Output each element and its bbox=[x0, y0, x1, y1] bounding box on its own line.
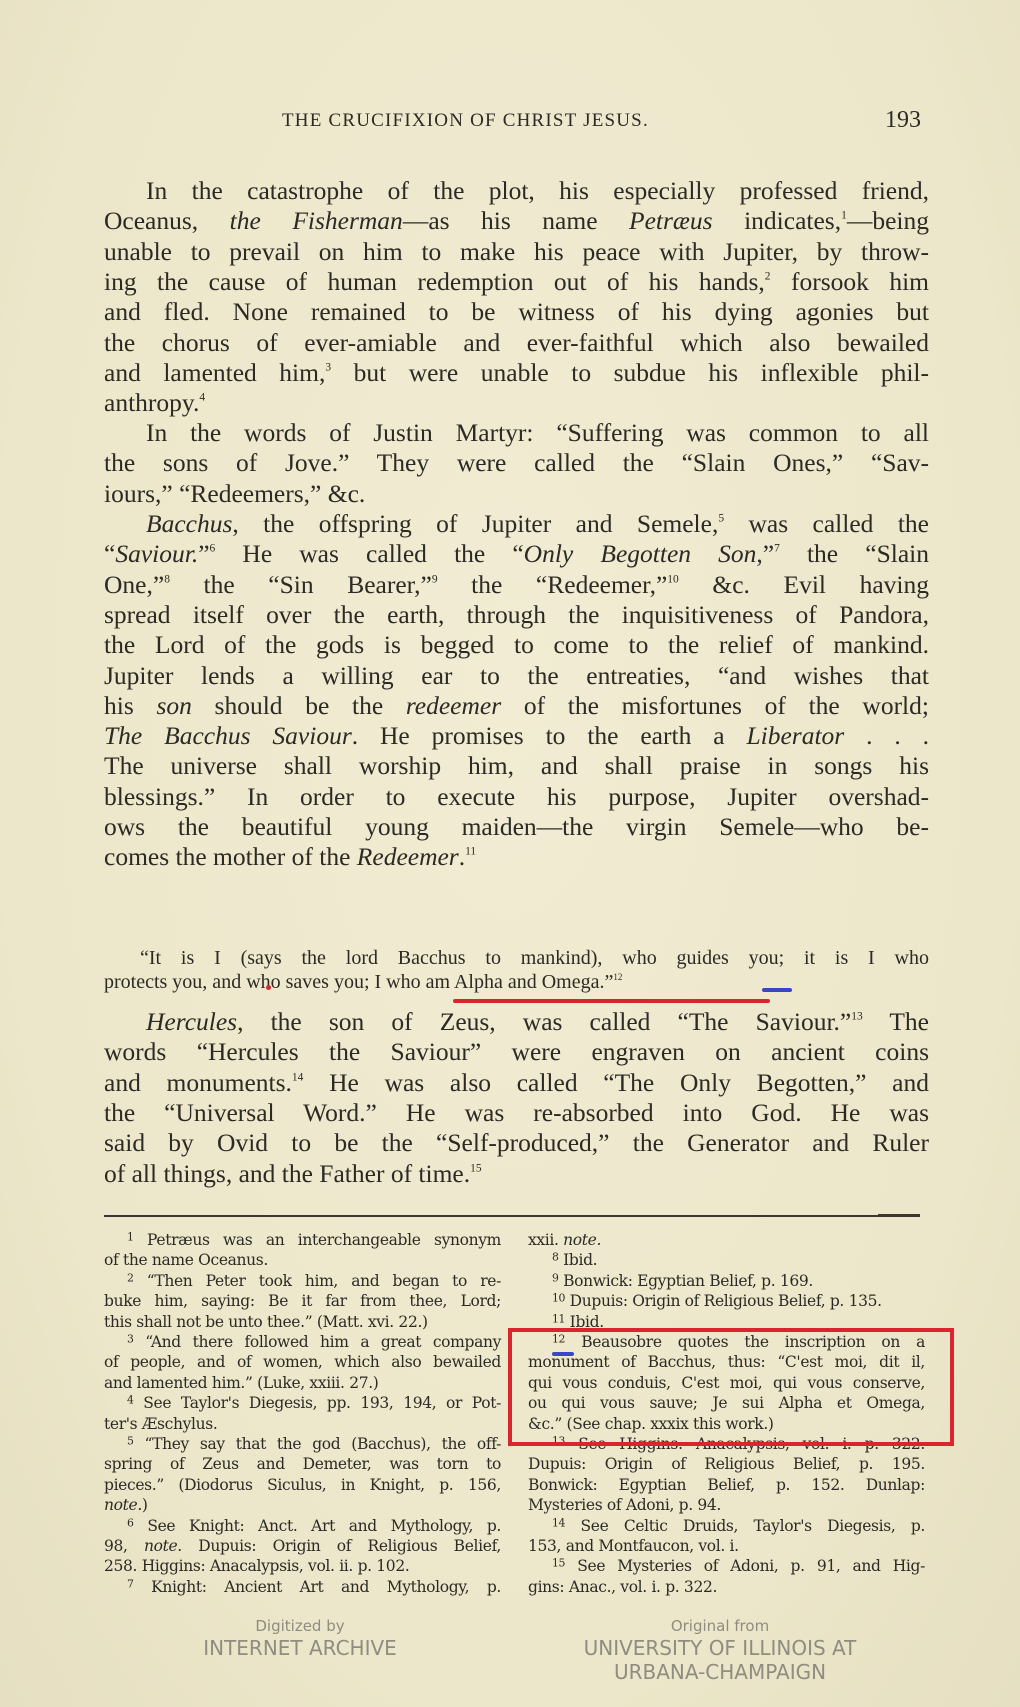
paragraph-line: In the words of Justin Martyr: “Sufferin… bbox=[146, 418, 929, 448]
footnote-line: xxii. note. bbox=[528, 1230, 925, 1251]
footnote-line: of the name Oceanus. bbox=[104, 1250, 501, 1271]
footnote-12-highlight-box bbox=[508, 1328, 954, 1446]
footnote-line: spring of Zeus and Demeter, was torn to bbox=[104, 1454, 501, 1475]
paragraph-line: of all things, and the Father of time.15 bbox=[104, 1159, 929, 1189]
footnote-separator bbox=[104, 1215, 919, 1217]
paragraph-line: Bacchus, the offspring of Jupiter and Se… bbox=[146, 509, 929, 539]
footnote-line: 6 See Knight: Anct. Art and Mythology, p… bbox=[127, 1516, 501, 1537]
paragraph-line: the chorus of ever-amiable and ever-fait… bbox=[104, 328, 929, 358]
footnote-line: 3 “And there followed him a great compan… bbox=[127, 1332, 501, 1353]
paragraph-line: The universe shall worship him, and shal… bbox=[104, 751, 929, 781]
footnote-line: 5 “They say that the god (Bacchus), the … bbox=[127, 1434, 501, 1455]
footnote-line: this shall not be unto thee.” (Matt. xvi… bbox=[104, 1312, 501, 1333]
paragraph-line: words “Hercules the Saviour” were engrav… bbox=[104, 1037, 929, 1067]
paragraph-line: the “Universal Word.” He was re-absorbed… bbox=[104, 1098, 929, 1128]
footnote-line: and lamented him.” (Luke, xxiii. 27.) bbox=[104, 1373, 501, 1394]
paragraph-line: spread itself over the earth, through th… bbox=[104, 600, 929, 630]
footnote-line: 153, and Montfaucon, vol. i. bbox=[528, 1536, 925, 1557]
red-dot-annotation bbox=[266, 985, 271, 990]
footnote-line: 10 Dupuis: Origin of Religious Belief, p… bbox=[552, 1291, 925, 1312]
paragraph-line: Hercules, the son of Zeus, was called “T… bbox=[146, 1007, 929, 1037]
block-quote-line: “It is I (says the lord Bacchus to manki… bbox=[140, 946, 929, 970]
paragraph-line: comes the mother of the Redeemer.11 bbox=[104, 842, 929, 872]
paragraph-line: Oceanus, the Fisherman—as his name Petræ… bbox=[104, 206, 929, 236]
paragraph-line: anthropy.4 bbox=[104, 388, 929, 418]
paragraph-line: and fled. None remained to be witness of… bbox=[104, 297, 929, 327]
page-number: 193 bbox=[885, 107, 921, 134]
footnote-separator-end bbox=[878, 1214, 920, 1217]
footnote-12-blue-underline bbox=[552, 1352, 574, 1356]
paragraph-line: The Bacchus Saviour. He promises to the … bbox=[104, 721, 929, 751]
paragraph-line: “Saviour.”6 He was called the “Only Bego… bbox=[104, 539, 929, 569]
paragraph-line: In the catastrophe of the plot, his espe… bbox=[146, 176, 929, 206]
paragraph-line: One,”8 the “Sin Bearer,”9 the “Redeemer,… bbox=[104, 570, 929, 600]
paragraph-line: and monuments.14 He was also called “The… bbox=[104, 1068, 929, 1098]
paragraph-line: his son should be the redeemer of the mi… bbox=[104, 691, 929, 721]
footnote-line: 1 Petræus was an interchangeable synonym bbox=[127, 1230, 501, 1251]
paragraph-line: ing the cause of human redemption out of… bbox=[104, 267, 929, 297]
footnote-line: 7 Knight: Ancient Art and Mythology, p. bbox=[127, 1577, 501, 1598]
university-label-2: URBANA-CHAMPAIGN bbox=[560, 1660, 880, 1684]
university-label-1: UNIVERSITY OF ILLINOIS AT bbox=[560, 1636, 880, 1660]
footnote-line: of people, and of women, which also bewa… bbox=[104, 1352, 501, 1373]
internet-archive-label: INTERNET ARCHIVE bbox=[180, 1636, 420, 1660]
paragraph-line: ows the beautiful young maiden—the virgi… bbox=[104, 812, 929, 842]
footnote-line: 14 See Celtic Druids, Taylor's Diegesis,… bbox=[552, 1516, 925, 1537]
book-page: THE CRUCIFIXION OF CHRIST JESUS. 193 In … bbox=[0, 0, 1020, 1707]
footnote-line: Dupuis: Origin of Religious Belief, p. 1… bbox=[528, 1454, 925, 1475]
blue-underline-annotation bbox=[762, 988, 792, 992]
paragraph-line: and lamented him,3 but were unable to su… bbox=[104, 358, 929, 388]
footnote-line: pieces.” (Diodorus Siculus, in Knight, p… bbox=[104, 1475, 501, 1496]
footnote-line: 2 “Then Peter took him, and began to re- bbox=[127, 1271, 501, 1292]
paragraph-line: the Lord of the gods is begged to come t… bbox=[104, 630, 929, 660]
paragraph-line: Jupiter lends a willing ear to the entre… bbox=[104, 661, 929, 691]
footnote-line: ter's Æschylus. bbox=[104, 1414, 501, 1435]
paragraph-line: said by Ovid to be the “Self-produced,” … bbox=[104, 1128, 929, 1158]
footnote-line: Bonwick: Egyptian Belief, p. 152. Dunlap… bbox=[528, 1475, 925, 1496]
footnote-line: 8 Ibid. bbox=[552, 1250, 925, 1271]
paragraph-line: blessings.” In order to execute his purp… bbox=[104, 782, 929, 812]
block-quote-line: protects you, and who saves you; I who a… bbox=[104, 970, 929, 994]
footnote-line: gins: Anac., vol. i. p. 322. bbox=[528, 1577, 925, 1598]
footnote-line: 15 See Mysteries of Adoni, p. 91, and Hi… bbox=[552, 1556, 925, 1577]
paragraph-line: iours,” “Redeemers,” &c. bbox=[104, 479, 929, 509]
footnote-line: Mysteries of Adoni, p. 94. bbox=[528, 1495, 925, 1516]
red-underline-annotation bbox=[453, 999, 770, 1003]
footnote-line: note.) bbox=[104, 1495, 501, 1516]
paragraph-line: unable to prevail on him to make his pea… bbox=[104, 237, 929, 267]
original-from-watermark: Original from UNIVERSITY OF ILLINOIS AT … bbox=[560, 1616, 880, 1684]
paragraph-line: the sons of Jove.” They were called the … bbox=[104, 448, 929, 478]
footnote-line: 9 Bonwick: Egyptian Belief, p. 169. bbox=[552, 1271, 925, 1292]
page-header: THE CRUCIFIXION OF CHRIST JESUS. 193 bbox=[0, 110, 1020, 140]
digitized-by-watermark: Digitized by INTERNET ARCHIVE bbox=[180, 1616, 420, 1660]
original-from-label: Original from bbox=[560, 1616, 880, 1636]
digitized-by-label: Digitized by bbox=[180, 1616, 420, 1636]
footnote-line: 258. Higgins: Anacalypsis, vol. ii. p. 1… bbox=[104, 1556, 501, 1577]
running-title: THE CRUCIFIXION OF CHRIST JESUS. bbox=[282, 110, 649, 132]
footnote-line: 4 See Taylor's Diegesis, pp. 193, 194, o… bbox=[127, 1393, 501, 1414]
footnote-line: 98, note. Dupuis: Origin of Religious Be… bbox=[104, 1536, 501, 1557]
footnote-line: buke him, saying: Be it far from thee, L… bbox=[104, 1291, 501, 1312]
